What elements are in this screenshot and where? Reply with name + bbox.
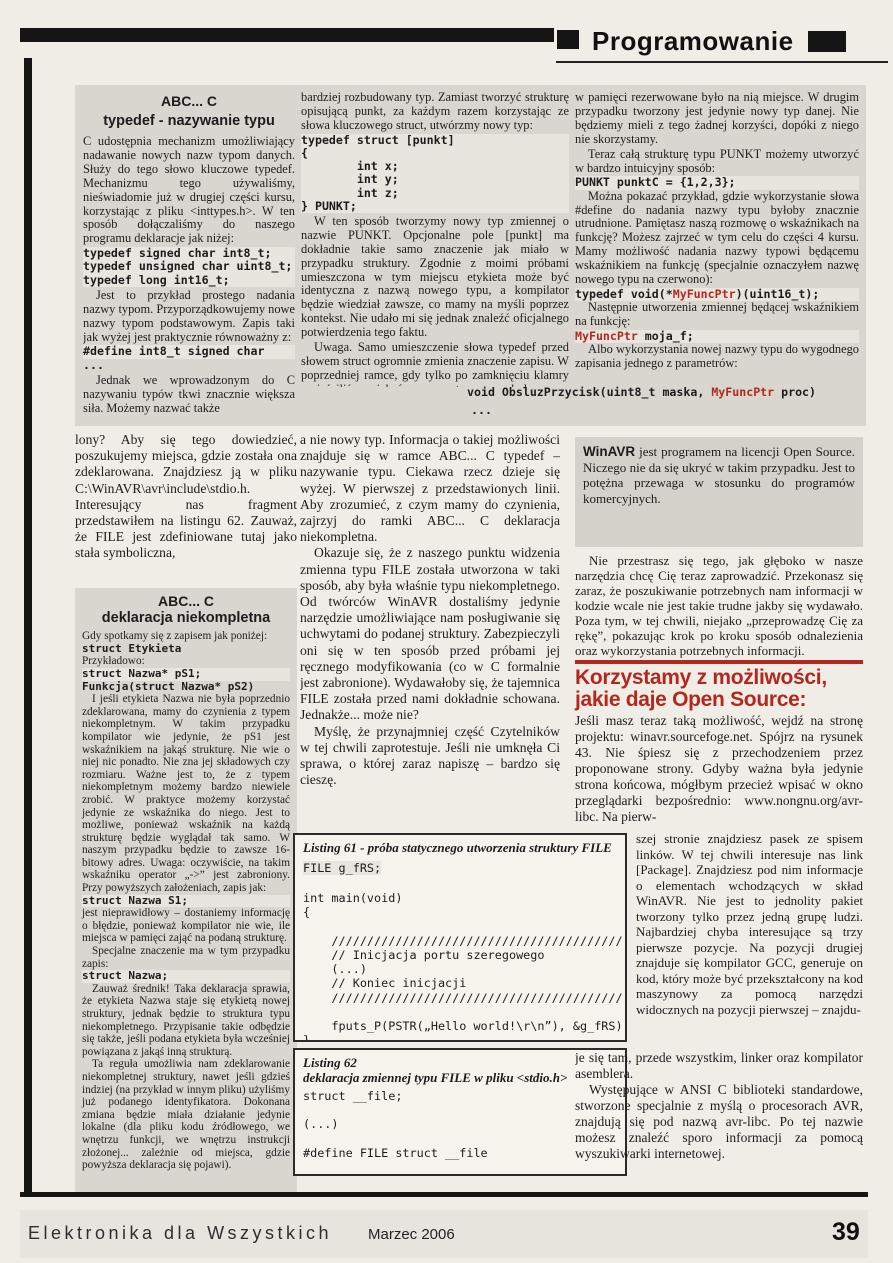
abc-box-incomplete: ABC... C deklaracja niekompletna Gdy spo… bbox=[75, 588, 297, 1196]
code-line bbox=[303, 1005, 617, 1019]
header-square-icon bbox=[557, 30, 579, 49]
code-line: struct Nazwa S1; bbox=[82, 895, 290, 908]
box-title: deklaracja niekompletna bbox=[82, 612, 290, 625]
code-line: ////////////////////////////////////////… bbox=[303, 934, 617, 948]
code-line: #define FILE struct __file bbox=[303, 1146, 617, 1160]
paragraph: W ten sposób tworzymy nowy typ zmiennej … bbox=[301, 215, 569, 340]
code-line bbox=[303, 1132, 617, 1146]
paragraph: Następnie utworzenia zmiennej będącej ws… bbox=[575, 301, 859, 329]
paragraph: je się tam, przede wszystkim, linker ora… bbox=[575, 1050, 863, 1082]
code-line: } bbox=[303, 1033, 617, 1042]
paragraph: a nie nowy typ. Informacja o takiej możl… bbox=[300, 432, 560, 545]
code-line: ... bbox=[83, 359, 295, 372]
open-source-heading: Korzystamy z możliwości, jakie daje Open… bbox=[575, 667, 863, 711]
paragraph: Myślę, że przynajmniej część Czytelników… bbox=[300, 724, 560, 789]
paragraph: Okazuje się, że z naszego punktu widzeni… bbox=[300, 545, 560, 723]
paragraph: Zauważ średnik! Taka deklaracja sprawia,… bbox=[82, 983, 290, 1059]
page-number: 39 bbox=[832, 1218, 860, 1247]
paragraph: Jeśli masz teraz taką możliwość, wejdź n… bbox=[575, 713, 863, 825]
code-line: typedef unsigned char uint8_t; bbox=[83, 260, 295, 273]
winavr-note-box: WinAVR jest programem na licencji Open S… bbox=[575, 437, 863, 547]
code-line: int z; bbox=[301, 187, 569, 200]
paragraph: C udostępnia mechanizm umożliwiający nad… bbox=[83, 135, 295, 246]
paragraph: jest nieprawidłowy – dostaniemy informac… bbox=[82, 907, 290, 945]
code-line: int main(void) bbox=[303, 891, 617, 905]
code-line: PUNKT punktC = {1,2,3}; bbox=[575, 176, 859, 189]
magazine-name: Elektronika dla Wszystkich bbox=[28, 1223, 332, 1244]
code-line: typedef struct [punkt] bbox=[301, 134, 569, 147]
abc-typedef-col1: ABC... C typedef - nazywanie typu C udos… bbox=[83, 91, 295, 423]
abc-box-typedef: ABC... C typedef - nazywanie typu C udos… bbox=[75, 85, 866, 426]
paragraph: lony? Aby się tego dowiedzieć, poszukuje… bbox=[75, 432, 297, 562]
code-block: typedef signed char int8_t; typedef unsi… bbox=[83, 247, 295, 287]
code-line: (...) bbox=[303, 1117, 617, 1131]
code-line: struct Etykieta bbox=[82, 643, 290, 656]
code-line: // Inicjacja portu szeregowego bbox=[303, 948, 617, 962]
paragraph: Specjalne znaczenie ma w tym przypadku z… bbox=[82, 945, 290, 970]
header-rule bbox=[556, 61, 888, 63]
code-line: int y; bbox=[301, 173, 569, 186]
listing-subtitle: deklaracja zmiennej typu FILE w pliku <s… bbox=[303, 1070, 617, 1085]
right-column-text: Nie przestrasz się tego, jak głęboko w n… bbox=[575, 553, 863, 658]
right-column-text: je się tam, przede wszystkim, linker ora… bbox=[575, 1050, 863, 1188]
code-line bbox=[303, 877, 617, 891]
paragraph: w pamięci rezerwowane było na nią miejsc… bbox=[575, 91, 859, 147]
code-block: typedef struct [punkt] { int x; int y; i… bbox=[301, 134, 569, 213]
paragraph: Jednak we wprowadzonym do C nazywaniu ty… bbox=[83, 374, 295, 416]
red-rule bbox=[575, 660, 863, 664]
code-line: typedef long int16_t; bbox=[83, 274, 295, 287]
code-line: ////////////////////////////////////////… bbox=[303, 991, 617, 1005]
paragraph: Ta reguła umożliwia nam zdeklarowanie ni… bbox=[82, 1058, 290, 1171]
code-text: void ObsluzPrzycisk(uint8_t maska, bbox=[467, 385, 711, 399]
abc-typedef-col2: bardziej rozbudowany typ. Zamiast tworzy… bbox=[301, 91, 569, 387]
box-title: typedef - nazywanie typu bbox=[83, 113, 295, 129]
code-line: // Koniec inicjacji bbox=[303, 976, 617, 990]
code-line bbox=[303, 920, 617, 934]
section-title: Programowanie bbox=[592, 26, 794, 57]
code-line: struct __file; bbox=[303, 1089, 617, 1103]
paragraph: Występujące w ANSI C biblioteki standard… bbox=[575, 1082, 863, 1162]
code-red-type-name: MyFuncPtr bbox=[673, 287, 736, 301]
code-red-type-name: MyFuncPtr bbox=[575, 329, 638, 343]
code-line: { bbox=[303, 905, 617, 919]
box-kicker: ABC... C bbox=[82, 595, 290, 608]
paragraph: szej stronie znajdziesz pasek ze spisem … bbox=[636, 831, 863, 1017]
code-line: (...) bbox=[303, 962, 617, 976]
paragraph: Albo wykorzystania nowej nazwy typu do w… bbox=[575, 343, 859, 371]
code-line-spanning: void ObsluzPrzycisk(uint8_t maska, MyFun… bbox=[467, 386, 863, 399]
code-text: proc) bbox=[774, 385, 816, 399]
paragraph: Jest to przykład prostego nadania nazwy … bbox=[83, 289, 295, 345]
code-block: #define int8_t signed char ... bbox=[83, 345, 295, 371]
issue-date: Marzec 2006 bbox=[368, 1226, 455, 1243]
paragraph: Uwaga. Samo umieszczenie słowa typedef p… bbox=[301, 341, 569, 387]
code-line: #define int8_t signed char bbox=[83, 345, 295, 358]
header-square-icon bbox=[808, 31, 846, 52]
code-red-type-name: MyFuncPtr bbox=[711, 385, 774, 399]
abc-incomplete-content: ABC... C deklaracja niekompletna Gdy spo… bbox=[75, 588, 297, 1177]
paragraph: I jeśli etykieta Nazwa nie była poprzedn… bbox=[82, 693, 290, 895]
left-margin-bar bbox=[24, 58, 32, 1192]
paragraph: Gdy spotkamy się z zapisem jak poniżej: bbox=[82, 630, 290, 643]
code-line: Funkcja(struct Nazwa* pS2) bbox=[82, 681, 290, 694]
abc-typedef-col3: w pamięci rezerwowane było na nią miejsc… bbox=[575, 91, 859, 387]
paragraph: bardziej rozbudowany typ. Zamiast tworzy… bbox=[301, 91, 569, 133]
header-bar bbox=[20, 28, 554, 42]
box-kicker: ABC... C bbox=[83, 93, 295, 109]
listing-title: Listing 62 bbox=[303, 1055, 617, 1070]
listing-title: Listing 61 - próba statycznego utworzeni… bbox=[303, 840, 617, 855]
code-text: typedef void(* bbox=[575, 287, 673, 301]
code-text: moja_f; bbox=[638, 329, 694, 343]
code-line: ... bbox=[471, 404, 492, 417]
paragraph: Można pokazać przykład, gdzie wykorzysta… bbox=[575, 190, 859, 287]
code-text: )(uint16_t); bbox=[736, 287, 820, 301]
heading-line: Korzystamy z możliwości, bbox=[575, 667, 863, 689]
heading-line: jakie daje Open Source: bbox=[575, 689, 863, 711]
right-column-text: Jeśli masz teraz taką możliwość, wejdź n… bbox=[575, 713, 863, 829]
code-line: struct Nazwa* pS1; bbox=[82, 668, 290, 681]
left-column-text: lony? Aby się tego dowiedzieć, poszukuje… bbox=[75, 432, 297, 584]
right-column-text-wrapped: szej stronie znajdziesz pasek ze spisem … bbox=[636, 831, 863, 1048]
code-line: } PUNKT; bbox=[301, 200, 569, 213]
middle-column-text: a nie nowy typ. Informacja o takiej możl… bbox=[300, 432, 560, 830]
paragraph: Teraz całą strukturę typu PUNKT możemy u… bbox=[575, 148, 859, 176]
footer-rule bbox=[20, 1192, 868, 1197]
winavr-note-keyword: WinAVR bbox=[583, 444, 635, 459]
paragraph: Nie przestrasz się tego, jak głęboko w n… bbox=[575, 553, 863, 658]
code-line bbox=[303, 1103, 617, 1117]
code-line: fputs_P(PSTR(„Hello world!\r\n”), &g_fRS… bbox=[303, 1019, 617, 1033]
code-line: struct Nazwa; bbox=[82, 970, 290, 983]
listing-61: Listing 61 - próba statycznego utworzeni… bbox=[293, 833, 627, 1042]
code-line: FILE g_fRS; bbox=[303, 861, 381, 875]
